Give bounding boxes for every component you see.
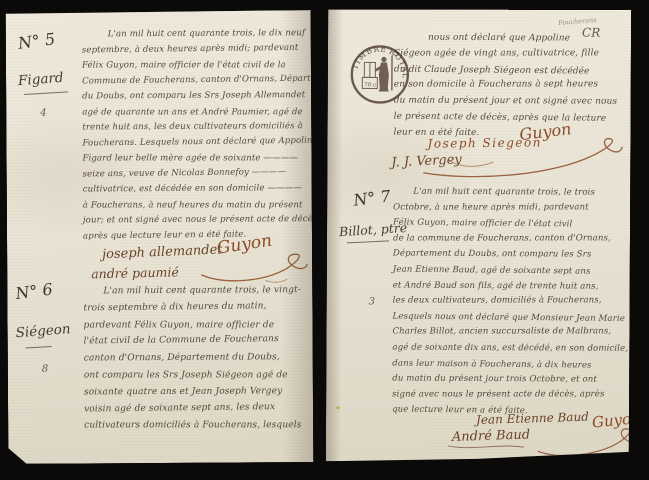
margin-underline [26, 346, 52, 349]
signature-flourish [446, 441, 526, 451]
signature-andre-paumie: andré paumié [91, 264, 179, 281]
entry-5-margin: N° 5 Figard 4 [18, 29, 85, 118]
corner-ink-mark: CR [582, 26, 600, 40]
manuscript-line: les deux cultivateurs, domiciliés à Fouc… [393, 294, 629, 310]
manuscript-line: trente huit ans, les deux cultivateurs d… [82, 119, 310, 136]
scanned-register-screenshot: { "scan": { "description": "Registre man… [0, 0, 649, 480]
timbre-royal-stamp: TIMBRE ROYAL 70 c [348, 42, 412, 106]
manuscript-line: de la commune de Foucherans, canton d'Or… [393, 231, 629, 247]
manuscript-line: Charles Billot, ancien succursaliste de … [392, 325, 628, 341]
paper-fleck [336, 406, 340, 409]
entry-7-body: L'an mil huit cent quarante trois, le tr… [392, 185, 629, 420]
manuscript-line: ont comparu les Srs Joseph Siégeon agé d… [84, 367, 312, 384]
stamp-text-timbre: TIMBRE [350, 44, 387, 71]
entry-6-body: L'an mil huit cent quarante trois, le vi… [83, 282, 312, 435]
manuscript-line: trois septembre à dix heures du matin, [83, 297, 311, 317]
manuscript-line: et André Baud son fils, agé de trente hu… [393, 278, 629, 295]
margin-underline [347, 240, 389, 243]
manuscript-line: Lesquels nous ont déclaré que Monsieur J… [392, 309, 628, 327]
svg-text:ROYAL: ROYAL [387, 47, 410, 79]
manuscript-line: que lecture leur en a été faite. [392, 403, 628, 421]
manuscript-line: Octobre, à une heure après midi, pardeva… [393, 200, 629, 216]
signature-joseph-siegeon: Joseph Siegeon [427, 135, 542, 150]
manuscript-line: à Foucherans, à neuf heures du matin du … [83, 198, 311, 214]
manuscript-line: cultivatrice, est décédée en son domicil… [83, 181, 311, 198]
signature-joseph-allemandet: joseph allemandet [102, 242, 223, 262]
entry-5-body: L'an mil huit cent quarante trois, le di… [82, 26, 311, 244]
manuscript-line: Jean Etienne Baud, agé de soixante sept … [393, 263, 629, 281]
manuscript-line: dans leur maison à Foucherans, à dix heu… [392, 356, 628, 374]
stamp-text-royal: ROYAL [387, 47, 410, 79]
manuscript-line: Commune de Foucherans, canton d'Ornans, … [82, 71, 310, 89]
entry-7-count: 3 [369, 296, 425, 307]
signature-guyon: Guyon [518, 119, 572, 144]
manuscript-line: l'état civil de la Commune de Foucherans [84, 331, 312, 351]
manuscript-line: Figard leur belle mère agée de soixante … [83, 151, 311, 167]
signature-flourish [536, 423, 636, 458]
entry-5-name: Figard [18, 68, 85, 89]
svg-text:TIMBRE: TIMBRE [350, 44, 387, 71]
manuscript-line: pardevant Félix Guyon, maire officier de [84, 317, 312, 334]
manuscript-line: nous ont déclaré que Appoline [394, 31, 626, 48]
manuscript-line: seize ans, veuve de Nicolas Bonnefoy ———… [83, 164, 311, 182]
entry-7-number: N° 7 [352, 182, 426, 209]
manuscript-line: Département du Doubs, ont comparu les Sr… [393, 247, 629, 264]
manuscript-line: agé de soixante dix ans, est décédé, en … [392, 340, 628, 357]
entry-6-count: 8 [42, 363, 86, 374]
manuscript-line: voisin agé de soixante sept ans, les deu… [84, 398, 312, 418]
manuscript-line: Foucherans. Lesquels nous ont déclaré qu… [82, 133, 310, 151]
manuscript-line: canton d'Ornans, Département du Doubs, [84, 349, 312, 367]
manuscript-line: du matin du présent jour et ont signé av… [394, 94, 626, 111]
manuscript-line: cultivateurs domiciliés à Foucherans, le… [84, 418, 312, 435]
manuscript-line: signé avec nous le présent acte de décès… [392, 387, 628, 403]
manuscript-line: en son domicile à Foucherans à sept heur… [394, 78, 626, 94]
signature-flourish [197, 248, 309, 287]
manuscript-line: du dit Claude Joseph Siégeon est décédée [394, 62, 626, 80]
entry-7-margin: N° 7 Billot, ptre 3 [339, 186, 426, 307]
margin-underline [24, 91, 68, 95]
stamp-value: 70 c [364, 82, 376, 88]
signature-andre-baud: André Baud [452, 428, 531, 445]
manuscript-line: L'an mil huit cent quarante trois, le di… [82, 26, 310, 43]
manuscript-line: Siégeon agée de vingt ans, cultivatrice,… [394, 46, 626, 62]
manuscript-line: soixante quatre ans et Jean Joseph Verge… [84, 383, 312, 401]
manuscript-line: Félix Guyon, maire officier de l'état ci… [393, 216, 629, 234]
stamp-tablet-icon [362, 62, 377, 88]
entry-6-continuation-body: nous ont déclaré que AppolineSiégeon agé… [393, 31, 626, 143]
right-page: Foucherans CR TIMBRE ROYAL 70 c nous ont… [326, 8, 631, 463]
entry-5-count: 4 [40, 107, 84, 118]
pencil-annotation: Foucherans [558, 16, 597, 27]
manuscript-line: agé de quarante un ans et André Paumier,… [82, 105, 310, 121]
manuscript-line: leur en a été faite. [393, 125, 625, 142]
manuscript-line: après que lecture leur en a été faite. [83, 226, 311, 244]
manuscript-line: du matin du présent jour trois Octobre, … [392, 372, 628, 389]
manuscript-line: le présent acte de décès, après que la l… [394, 110, 626, 128]
manuscript-line: Félix Guyon, maire officier de l'état ci… [82, 58, 310, 74]
signature-jj-vergey: J. J. Vergey [391, 152, 462, 170]
manuscript-line: L'an mil huit cent quarante trois, le vi… [83, 282, 311, 300]
entry-6-margin: N° 6 Siégeon 8 [15, 279, 86, 374]
entry-6-number: N° 6 [14, 275, 86, 303]
signature-guyon: Guyon [216, 231, 274, 259]
left-page: N° 5 Figard 4 L'an mil huit cent quarant… [6, 10, 314, 464]
manuscript-line: du Doubs, ont comparu les Srs Joseph All… [82, 88, 310, 105]
entry-6-name: Siégeon [15, 320, 86, 341]
signature-guyon: Guyon [591, 409, 641, 432]
manuscript-line: septembre, à deux heures après midi; par… [82, 40, 310, 58]
entry-7-name: Billot, ptre [339, 219, 426, 240]
manuscript-line: jour; et ont signé avec nous le présent … [83, 212, 311, 229]
signature-flourish [419, 135, 623, 180]
entry-5-number: N° 5 [17, 26, 85, 53]
signature-jean-etienne-baud: Jean Etienne Baud [476, 410, 589, 427]
stamp-figure-icon [375, 55, 393, 91]
manuscript-line: L'an mil huit cent quarante trois, le tr… [393, 185, 629, 202]
